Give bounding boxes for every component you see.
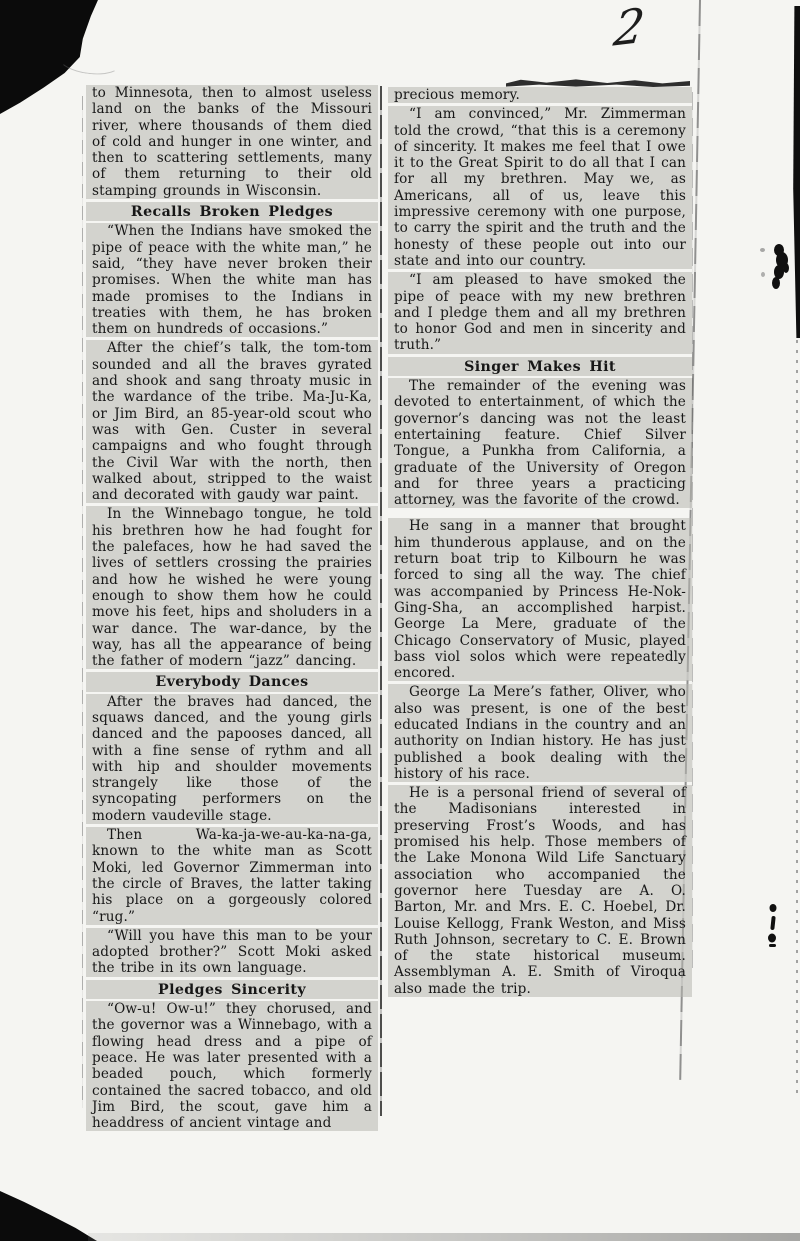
section-heading-pledges-sincerity: Pledges Sincerity (86, 980, 378, 999)
paragraph: After the braves had danced, the squaws … (86, 694, 378, 824)
clipping-torn-top-edge (506, 79, 690, 87)
paragraph: In the Winnebago tongue, he told his bre… (86, 506, 378, 669)
paragraph: After the chief’s talk, the tom-tom soun… (86, 340, 378, 503)
handwritten-page-number: 2 (611, 0, 686, 54)
column-rule-left (82, 96, 83, 1108)
paragraph: “I am pleased to have smoked the pipe of… (388, 272, 692, 353)
paragraph: “Will you have this man to be your adopt… (86, 928, 378, 977)
paragraph: He sang in a manner that brought him thu… (388, 518, 692, 681)
scanned-newspaper-page: 2 to Minnesota, then to almost useless l… (0, 0, 800, 1241)
paragraph: “I am convinced,” Mr. Zimmerman told the… (388, 106, 692, 269)
torn-paper-corner-bottom-left (0, 1191, 97, 1241)
section-heading-singer-makes-hit: Singer Makes Hit (388, 357, 692, 376)
faint-pencil-curve (57, 42, 124, 78)
newspaper-column-right: precious memory. “I am convinced,” Mr. Z… (388, 87, 692, 1000)
paragraph: “Ow-u! Ow-u!” they chorused, and the gov… (86, 1001, 378, 1131)
section-heading-everybody-dances: Everybody Dances (86, 672, 378, 691)
column-rule-right (692, 92, 693, 968)
section-heading-recalls-broken-pledges: Recalls Broken Pledges (86, 202, 378, 221)
paragraph: He is a personal friend of several of th… (388, 785, 692, 997)
scan-edge-right (792, 6, 800, 338)
ink-blot (766, 242, 792, 292)
column-divider-rule (380, 86, 382, 1116)
paragraph: Then Wa-ka-ja-we-au-ka-na-ga, known to t… (86, 827, 378, 925)
paragraph: “When the Indians have smoked the pipe o… (86, 223, 378, 337)
ink-fleck (761, 272, 765, 277)
paragraph: The remainder of the evening was devoted… (388, 378, 692, 508)
ink-fleck (760, 248, 765, 252)
scan-edge-right-dotted (796, 340, 798, 1100)
scan-shadow-bottom-edge (88, 1233, 800, 1241)
paragraph: to Minnesota, then to almost useless lan… (86, 85, 378, 199)
ink-dashes (766, 903, 780, 949)
paragraph: George La Mere’s father, Oliver, who als… (388, 684, 692, 782)
newspaper-column-left: to Minnesota, then to almost useless lan… (86, 85, 378, 1134)
paragraph: precious memory. (388, 87, 692, 103)
